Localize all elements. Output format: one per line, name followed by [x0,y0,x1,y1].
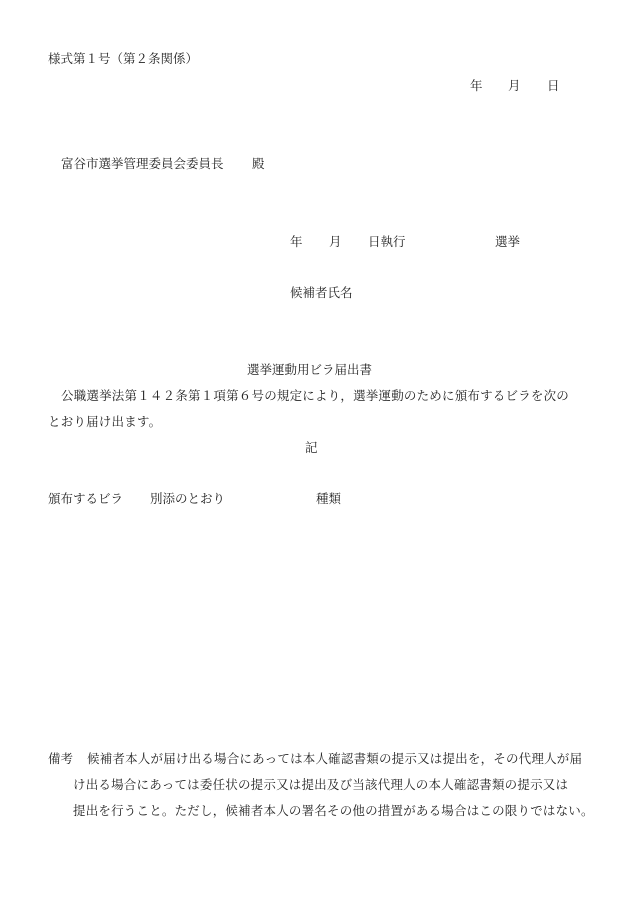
addressee-name: 富谷市選挙管理委員会委員長 [61,158,224,171]
addressee-honorific: 殿 [252,158,265,171]
distribution-type-label: 種類 [316,493,341,506]
distribution-value: 別添のとおり [150,493,225,506]
distribution-label: 頒布するビラ [48,493,123,506]
date-month: 月 [508,80,521,93]
election-day-exec: 日執行 [368,236,406,249]
remarks-line-1: 候補者本人が届け出る場合にあっては本人確認書類の提示又は提出を，その代理人が届 [87,753,582,766]
document-title: 選挙運動用ビラ届出書 [247,364,372,377]
election-label: 選挙 [495,236,520,249]
form-number: 様式第１号（第２条関係） [48,53,198,66]
body-line-2: とおり届け出ます。 [48,416,161,429]
election-month: 月 [329,236,342,249]
remarks-line-2: け出る場合にあっては委任状の提示又は提出及び当該代理人の本人確認書類の提示又は [73,779,568,792]
ki-heading: 記 [305,442,318,455]
election-year: 年 [290,236,303,249]
date-year: 年 [470,80,483,93]
date-day: 日 [547,80,560,93]
body-line-1: 公職選挙法第１４２条第１項第６号の規定により，選挙運動のために頒布するビラを次の [61,390,569,403]
remarks-label: 備考 [48,753,73,766]
candidate-name-label: 候補者氏名 [290,287,353,300]
remarks-line-3: 提出を行うこと。ただし，候補者本人の署名その他の措置がある場合はこの限りではない… [73,805,594,818]
